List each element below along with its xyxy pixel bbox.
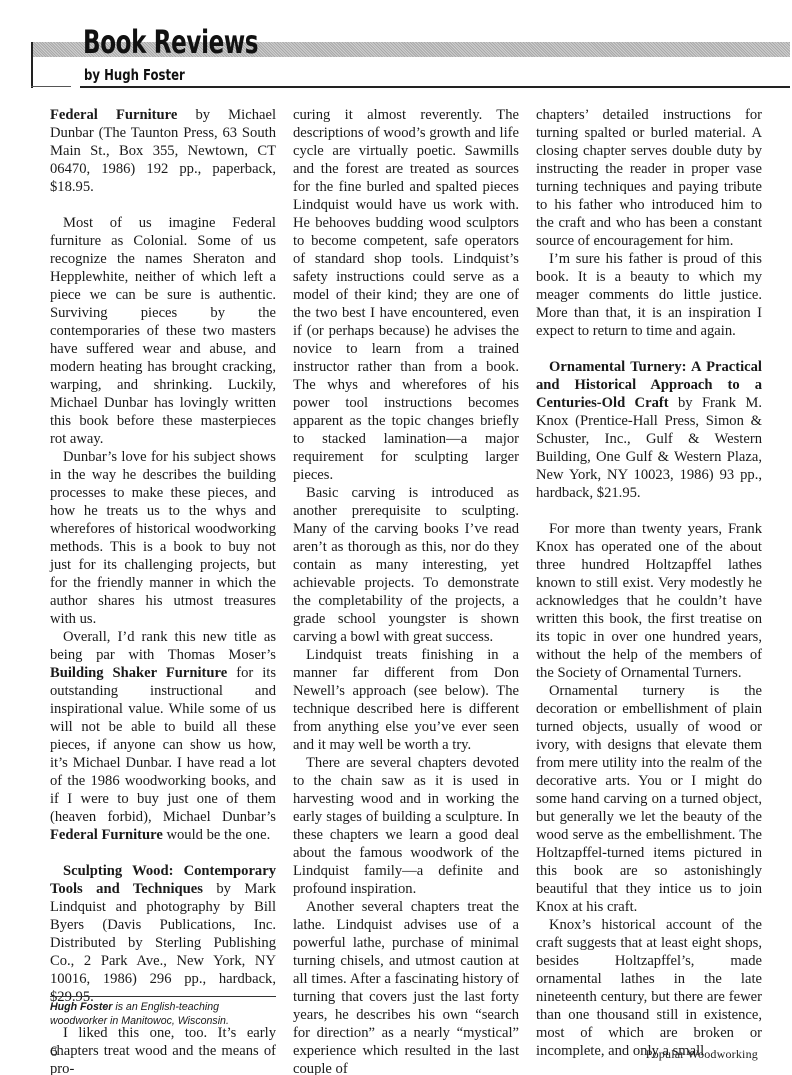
header-bottom-rule [80, 86, 790, 88]
paragraph: Most of us imagine Federal furniture as … [50, 214, 276, 448]
header-left-rule [31, 42, 33, 88]
book-title: Federal Furniture [50, 107, 177, 123]
author-bio-footnote: Hugh Foster is an English-teaching woodw… [50, 996, 276, 1028]
header-bottom-rule-left [31, 86, 71, 87]
paragraph: There are several chapters devoted to th… [293, 754, 519, 898]
author-byline: by Hugh Foster [84, 66, 185, 84]
paragraph: Basic carving is introduced as another p… [293, 484, 519, 646]
review-citation-sculpting-wood: Sculpting Wood: Contemporary Tools and T… [50, 862, 276, 1006]
paragraph: I’m sure his father is proud of this boo… [536, 250, 762, 340]
book-title-reference: Building Shaker Furniture [50, 665, 227, 681]
book-title-reference: Federal Furniture [50, 827, 163, 843]
review-citation-federal-furniture: Federal Furniture by Michael Dunbar (The… [50, 106, 276, 196]
footnote-author-name: Hugh Foster [50, 1001, 112, 1013]
paragraph: Ornamental turnery is the decoration or … [536, 682, 762, 916]
page-number: 6 [50, 1043, 58, 1061]
paragraph: Dunbar’s love for his subject shows in t… [50, 448, 276, 628]
paragraph: For more than twenty years, Frank Knox h… [536, 520, 762, 682]
magazine-name: Popular Woodworking [646, 1047, 758, 1061]
column-3: chapters’ detailed instructions for turn… [536, 106, 762, 1060]
review-citation-ornamental-turnery: Ornamental Turnery: A Practical and Hist… [536, 358, 762, 502]
paragraph: Lindquist treats finishing in a manner f… [293, 646, 519, 754]
paragraph: Knox’s historical account of the craft s… [536, 916, 762, 1060]
paragraph: Overall, I’d rank this new title as bein… [50, 628, 276, 844]
paragraph: chapters’ detailed instructions for turn… [536, 106, 762, 250]
section-title: Book Reviews [83, 22, 258, 62]
section-header: Book Reviews by Hugh Foster [0, 0, 792, 92]
column-1: Federal Furniture by Michael Dunbar (The… [50, 106, 276, 1075]
paragraph: Another several chapters treat the lathe… [293, 898, 519, 1075]
column-2: curing it almost reverently. The descrip… [293, 106, 519, 1075]
paragraph: curing it almost reverently. The descrip… [293, 106, 519, 484]
paragraph: I liked this one, too. It’s early chapte… [50, 1024, 276, 1075]
citation-details: by Mark Lindquist and photography by Bil… [50, 881, 276, 1005]
